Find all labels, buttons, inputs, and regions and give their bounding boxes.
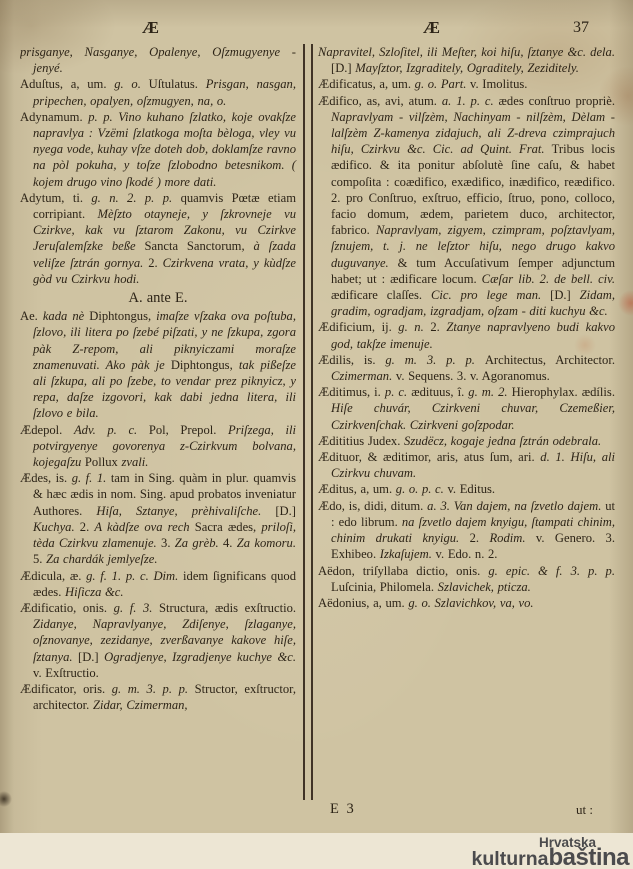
entry-text-italic: g. n. 2. p. p. <box>91 191 180 205</box>
entry-text-roman: v. Imolitus. <box>470 77 527 91</box>
entry-text-italic: Izkaſujem. <box>380 547 436 561</box>
signature-mark: E 3 <box>330 801 356 818</box>
entry-text-italic: g. m. 3. p. p. <box>112 682 195 696</box>
entry-text-italic: Za grèb. <box>175 536 223 550</box>
entry-text-roman: [D.] <box>331 61 355 75</box>
entry-text-roman: Adynamum. <box>20 110 88 124</box>
dictionary-entry: Ædituor, & æditimor, aris, atus ſum, ari… <box>318 449 615 481</box>
entry-text-italic: Hiſicza &c. <box>65 585 124 599</box>
entry-text-roman: Ædificatus, a, um. <box>318 77 415 91</box>
entry-text-roman: Uſtulatus. <box>149 77 206 91</box>
entry-text-roman: Diphtongus, <box>171 358 239 372</box>
entry-text-italic: g. o. p. c. <box>396 482 448 496</box>
entry-text-italic: g. f. 3. <box>114 601 159 615</box>
entry-text-italic: Napravitel, Szloſitel, ili Meſter, koi h… <box>318 45 615 59</box>
dictionary-entry: Ædificator, oris. g. m. 3. p. p. Structo… <box>20 681 296 713</box>
entry-text-roman: Luſcinia, Philomela. <box>331 580 438 594</box>
entry-text-roman: v. Sequens. 3. v. Agoranomus. <box>396 369 550 383</box>
watermark-band: Hrvatska kulturnabaština <box>0 833 633 869</box>
entry-text-italic: a. 3. Van dajem, na ſzvetlo dajem. <box>427 499 605 513</box>
entry-text-italic: Szudëcz, kogaje jedna ſztrán odebrala. <box>404 434 601 448</box>
entry-text-roman: 2. <box>430 320 446 334</box>
dictionary-entry: Æditus, a, um. g. o. p. c. v. Editus. <box>318 481 615 497</box>
entry-text-italic: Cic. pro lege man. <box>431 288 550 302</box>
entry-text-roman: ædes conſtruo propriè. <box>499 94 615 108</box>
catchword: ut : <box>576 802 593 818</box>
entry-text-italic: Szlavichek, pticza. <box>438 580 531 594</box>
watermark-line2-bastina: baština <box>548 844 629 869</box>
entry-text-roman: v. Edo. n. 2. <box>436 547 498 561</box>
entry-text-roman: Hierophylax. ædílis. <box>512 385 615 399</box>
column-divider <box>303 44 313 800</box>
entry-text-roman: Diphtongus, <box>89 309 156 323</box>
entry-text-roman: ædificare claſſes. <box>331 288 431 302</box>
dictionary-entry: Ædicula, æ. g. f. 1. p. c. Dim. idem ſig… <box>20 568 296 600</box>
entry-text-italic: Adv. p. c. <box>74 423 149 437</box>
entry-text-roman: 3. <box>161 536 175 550</box>
entry-text-italic: g. n. <box>398 320 430 334</box>
dictionary-entry: Aduſtus, a, um. g. o. Uſtulatus. Prisgan… <box>20 76 296 108</box>
entry-text-roman: Ædes, is. <box>20 471 72 485</box>
entry-text-italic: a. 1. p. c. <box>442 94 499 108</box>
watermark-line2-kulturna: kulturna <box>472 848 549 869</box>
entry-text-italic: g. o. Szlavichkov, va, vo. <box>408 596 533 610</box>
entry-text-italic: Zidar, Czimerman, <box>93 698 188 712</box>
dictionary-entry: Ædepol. Adv. p. c. Pol, Prepol. Priſzega… <box>20 422 296 471</box>
entry-text-roman: 2. <box>80 520 95 534</box>
dictionary-entry: Napravitel, Szloſitel, ili Meſter, koi h… <box>318 44 615 76</box>
entry-text-italic: kada nè <box>43 309 89 323</box>
entry-text-roman: Aduſtus, a, um. <box>20 77 114 91</box>
entry-text-italic: g. m. 3. p. p. <box>385 353 484 367</box>
entry-text-roman: Pol, Prepol. <box>149 423 228 437</box>
entry-text-roman: Pollux <box>85 455 122 469</box>
entry-text-roman: Ae. <box>20 309 43 323</box>
entry-text-italic: A kàdſze ova rech <box>94 520 194 534</box>
entry-text-roman: Ædificator, oris. <box>20 682 112 696</box>
scanned-page: Æ Æ 37 prisganye, Nasganye, Opalenye, Oſ… <box>0 0 633 869</box>
text-block: prisganye, Nasganye, Opalenye, Oſzmugyen… <box>20 44 619 800</box>
entry-text-roman: Adytum, ti. <box>20 191 91 205</box>
dictionary-entry: Aëdonius, a, um. g. o. Szlavichkov, va, … <box>318 595 615 611</box>
dictionary-entry: Adytum, ti. g. n. 2. p. p. quamvis Pœtæ … <box>20 190 296 287</box>
entry-text-roman: 2. <box>470 531 490 545</box>
entry-text-italic: Czimerman. <box>331 369 396 383</box>
entry-text-italic: prisganye, Nasganye, Opalenye, Oſzmugyen… <box>20 45 296 75</box>
entry-text-roman: Aëdon, triſyllaba dictio, onis. <box>318 564 488 578</box>
entry-text-roman: v. Editus. <box>447 482 495 496</box>
entry-text-italic: Rodim. <box>489 531 535 545</box>
section-heading: A. ante E. <box>20 290 296 306</box>
dictionary-entry: Ædifico, as, avi, atum. a. 1. p. c. ædes… <box>318 93 615 320</box>
entry-text-roman: [D.] <box>550 288 580 302</box>
entry-text-roman: Structura, ædis exſtructio. <box>159 601 296 615</box>
page-number: 37 <box>573 19 589 37</box>
entry-text-italic: g. m. 2. <box>468 385 511 399</box>
entry-text-italic: zvali. <box>121 455 148 469</box>
dictionary-entry: Ædificatus, a, um. g. o. Part. v. Imolit… <box>318 76 615 92</box>
entry-text-roman: Æditimus, i. <box>318 385 385 399</box>
entry-text-roman: Ædo, is, didi, ditum. <box>318 499 427 513</box>
entry-text-roman: Ædifico, as, avi, atum. <box>318 94 442 108</box>
entry-text-roman: 4. <box>223 536 237 550</box>
entry-text-roman: v. Exſtructio. <box>33 666 99 680</box>
running-head-left: Æ <box>20 18 282 38</box>
watermark: Hrvatska kulturnabaština <box>472 837 629 868</box>
entry-text-italic: Mayſztor, Izgraditely, Ograditely, Zezid… <box>355 61 579 75</box>
entry-text-italic: Ogradjenye, Izgradjenye kuchye &c. <box>104 650 296 664</box>
entry-text-italic: g. f. 1. p. c. Dim. <box>86 569 183 583</box>
entry-text-italic: g. o. <box>114 77 148 91</box>
entry-text-italic: Kuchya. <box>33 520 80 534</box>
entry-text-roman: Ædepol. <box>20 423 74 437</box>
dictionary-entry: Ædificatio, onis. g. f. 3. Structura, æd… <box>20 600 296 681</box>
dictionary-entry: Ædititius Judex. Szudëcz, kogaje jedna ſ… <box>318 433 615 449</box>
entry-text-roman: Ædituor, & æditimor, aris, atus ſum, ari… <box>318 450 540 464</box>
entry-text-italic: g. f. 1. <box>72 471 111 485</box>
dictionary-entry: Ædes, is. g. f. 1. tam in Sing. quàm in … <box>20 470 296 567</box>
right-column: Napravitel, Szloſitel, ili Meſter, koi h… <box>318 44 619 800</box>
running-head: Æ Æ 37 <box>0 18 633 40</box>
dictionary-entry: Aëdon, triſyllaba dictio, onis. g. epic.… <box>318 563 615 595</box>
entry-text-roman: Sancta Sanctorum <box>144 239 241 253</box>
entry-text-italic: Za komoru. <box>237 536 296 550</box>
entry-text-italic: Za chardák jemlyeſze. <box>46 552 157 566</box>
dictionary-entry: Æditimus, i. p. c. ædituus, î. g. m. 2. … <box>318 384 615 433</box>
entry-text-roman: A. ante E. <box>129 290 188 306</box>
entry-text-roman: Architectus, Architector. <box>485 353 615 367</box>
entry-text-roman: Æditus, a, um. <box>318 482 396 496</box>
running-head-right: Æ <box>320 18 544 38</box>
dictionary-entry: Adynamum. p. p. Vino kuhano ſzlatko, koj… <box>20 109 296 190</box>
entry-text-roman: 2. <box>148 256 162 270</box>
entry-text-roman: Ædilis, is. <box>318 353 385 367</box>
left-column: prisganye, Nasganye, Opalenye, Oſzmugyen… <box>20 44 296 800</box>
entry-text-italic: Cæſar lib. 2. de bell. civ. <box>482 272 615 286</box>
entry-text-roman: Ædicula, æ. <box>20 569 86 583</box>
entry-text-italic: g. epic. & f. 3. p. p. <box>488 564 615 578</box>
entry-text-roman: ædituus, î. <box>411 385 468 399</box>
entry-text-italic: g. o. Part. <box>415 77 470 91</box>
dictionary-entry: Ae. kada nè Diphtongus, imaſze vſzaka ov… <box>20 308 296 421</box>
entry-text-italic: Hiſe chuvár, Czirkveni chuvar, Czemeßier… <box>331 401 615 431</box>
entry-text-roman: Ædificium, ij. <box>318 320 398 334</box>
entry-text-roman: Aëdonius, a, um. <box>318 596 408 610</box>
dictionary-entry: Ædo, is, didi, ditum. a. 3. Van dajem, n… <box>318 498 615 563</box>
entry-text-roman: [D.] <box>78 650 104 664</box>
entry-text-roman: Sacra ædes, <box>195 520 262 534</box>
entry-text-roman: [D.] <box>275 504 296 518</box>
entry-text-roman: Ædificatio, onis. <box>20 601 114 615</box>
entry-text-italic: Hiſa, Sztanye, prèhivaliſche. <box>96 504 275 518</box>
entry-text-roman: 5. <box>33 552 46 566</box>
entry-text-roman: Ædititius Judex. <box>318 434 404 448</box>
entry-text-italic: p. c. <box>385 385 411 399</box>
dictionary-entry: Ædificium, ij. g. n. 2. Ztanye napravlye… <box>318 319 615 351</box>
dictionary-entry: prisganye, Nasganye, Opalenye, Oſzmugyen… <box>20 44 296 76</box>
dictionary-entry: Ædilis, is. g. m. 3. p. p. Architectus, … <box>318 352 615 384</box>
dictionary-page: Æ Æ 37 prisganye, Nasganye, Opalenye, Oſ… <box>0 0 633 869</box>
